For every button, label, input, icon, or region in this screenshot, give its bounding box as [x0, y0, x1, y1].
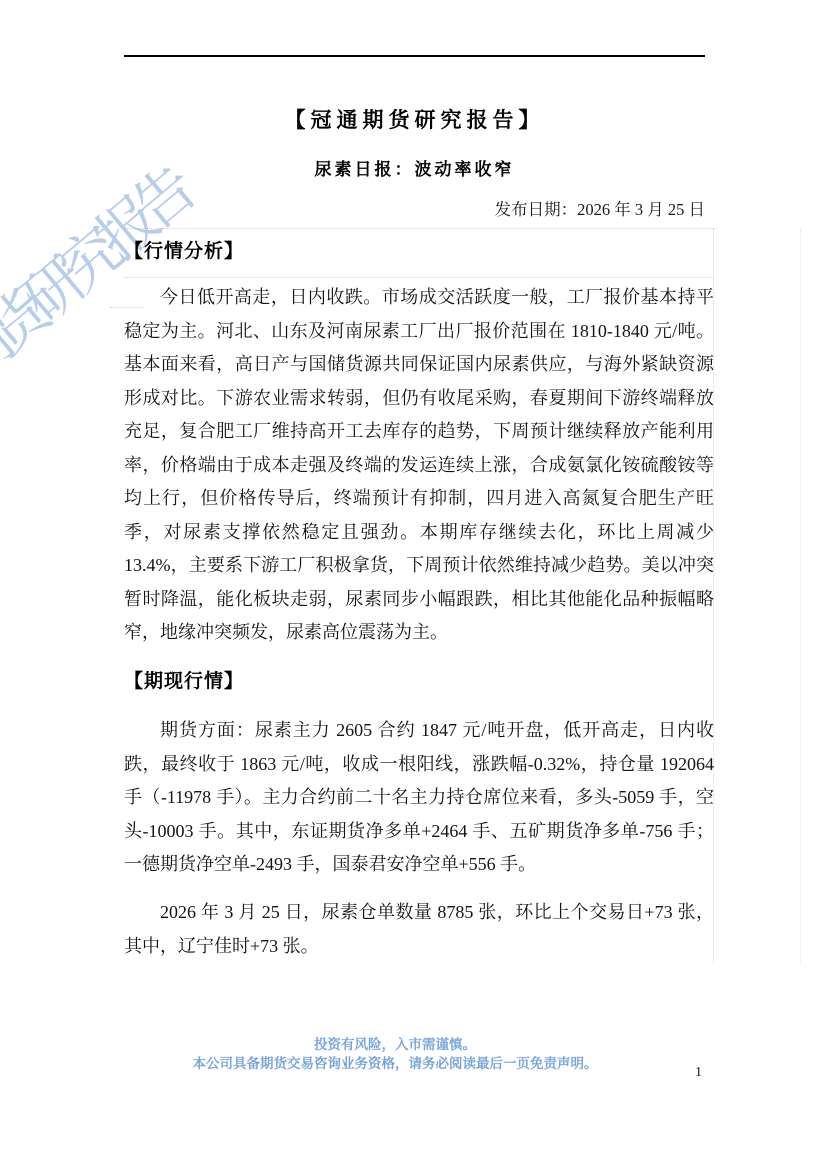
report-subtitle: 尿素日报：波动率收窄 — [124, 155, 705, 180]
report-page: 冠通期货研究报告 【冠通期货研究报告】 尿素日报：波动率收窄 发布日期：2026… — [0, 0, 826, 1169]
analysis-paragraph: 今日低开高走，日内收跌。市场成交活跃度一般，工厂报价基本持平稳定为主。河北、山东… — [124, 281, 714, 650]
dotted-guide-right-outer — [800, 228, 801, 964]
warehouse-receipt-paragraph: 2026 年 3 月 25 日，尿素仓单数量 8785 张，环比上个交易日+73… — [124, 896, 714, 963]
report-title: 【冠通期货研究报告】 — [124, 104, 705, 134]
publish-date: 发布日期：2026 年 3 月 25 日 — [124, 196, 705, 220]
footer-risk-warning: 投资有风险，入市需谨慎。 — [80, 1033, 710, 1053]
header-rule — [124, 55, 705, 57]
futures-paragraph: 期货方面：尿素主力 2605 合约 1847 元/吨开盘，低开高走，日内收跌，最… — [124, 714, 714, 882]
section-heading-futures-spot: 【期现行情】 — [124, 666, 705, 693]
dotted-guide-top — [124, 228, 714, 229]
page-number: 1 — [124, 1065, 702, 1081]
section-heading-market-analysis: 【行情分析】 — [124, 236, 705, 263]
dotted-guide-mid — [124, 277, 714, 278]
